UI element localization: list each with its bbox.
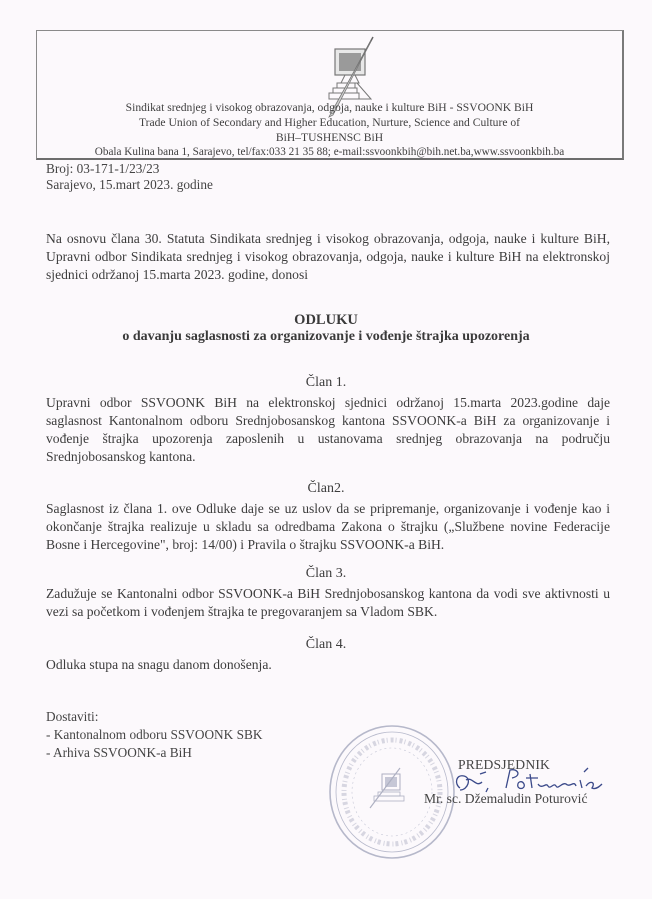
reference-number: Broj: 03-171-1/23/23: [46, 161, 159, 177]
article-3-text: Zadužuje se Kantonalni odbor SSVOONK-a B…: [46, 585, 610, 621]
article-1-text: Upravni odbor SSVOONK BiH na elektronsko…: [46, 394, 610, 466]
delivery-list: Dostaviti: - Kantonalnom odboru SSVOONK …: [46, 708, 262, 762]
decision-title: ODLUKU: [0, 312, 652, 329]
letterhead-line-english: Trade Union of Secondary and Higher Educ…: [37, 115, 622, 130]
intro-paragraph: Na osnovu člana 30. Statuta Sindikata sr…: [46, 230, 610, 284]
delivery-label: Dostaviti:: [46, 708, 262, 726]
article-4-text: Odluka stupa na snagu danom donošenja.: [46, 656, 610, 674]
article-2-heading: Član2.: [0, 481, 652, 497]
article-2-text: Saglasnost iz člana 1. ove Odluke daje s…: [46, 500, 610, 554]
signatory-name: Mr. sc. Džemaludin Poturović: [424, 791, 587, 807]
document-page: Sindikat srednjeg i visokog obrazovanja,…: [0, 0, 652, 899]
delivery-recipient: - Kantonalnom odboru SSVOONK SBK: [46, 726, 262, 744]
article-4-heading: Član 4.: [0, 637, 652, 653]
place-date: Sarajevo, 15.mart 2023. godine: [46, 177, 213, 193]
article-3-heading: Član 3.: [0, 566, 652, 582]
letterhead-line-bosnian: Sindikat srednjeg i visokog obrazovanja,…: [37, 100, 622, 115]
letterhead-line-abbreviation: BiH–TUSHENSC BiH: [37, 130, 622, 145]
letterhead: Sindikat srednjeg i visokog obrazovanja,…: [36, 30, 624, 160]
letterhead-contact: Obala Kulina bana 1, Sarajevo, tel/fax:0…: [37, 145, 622, 160]
delivery-recipient: - Arhiva SSVOONK-a BiH: [46, 744, 262, 762]
decision-subtitle: o davanju saglasnosti za organizovanje i…: [0, 329, 652, 345]
article-1-heading: Član 1.: [0, 375, 652, 391]
